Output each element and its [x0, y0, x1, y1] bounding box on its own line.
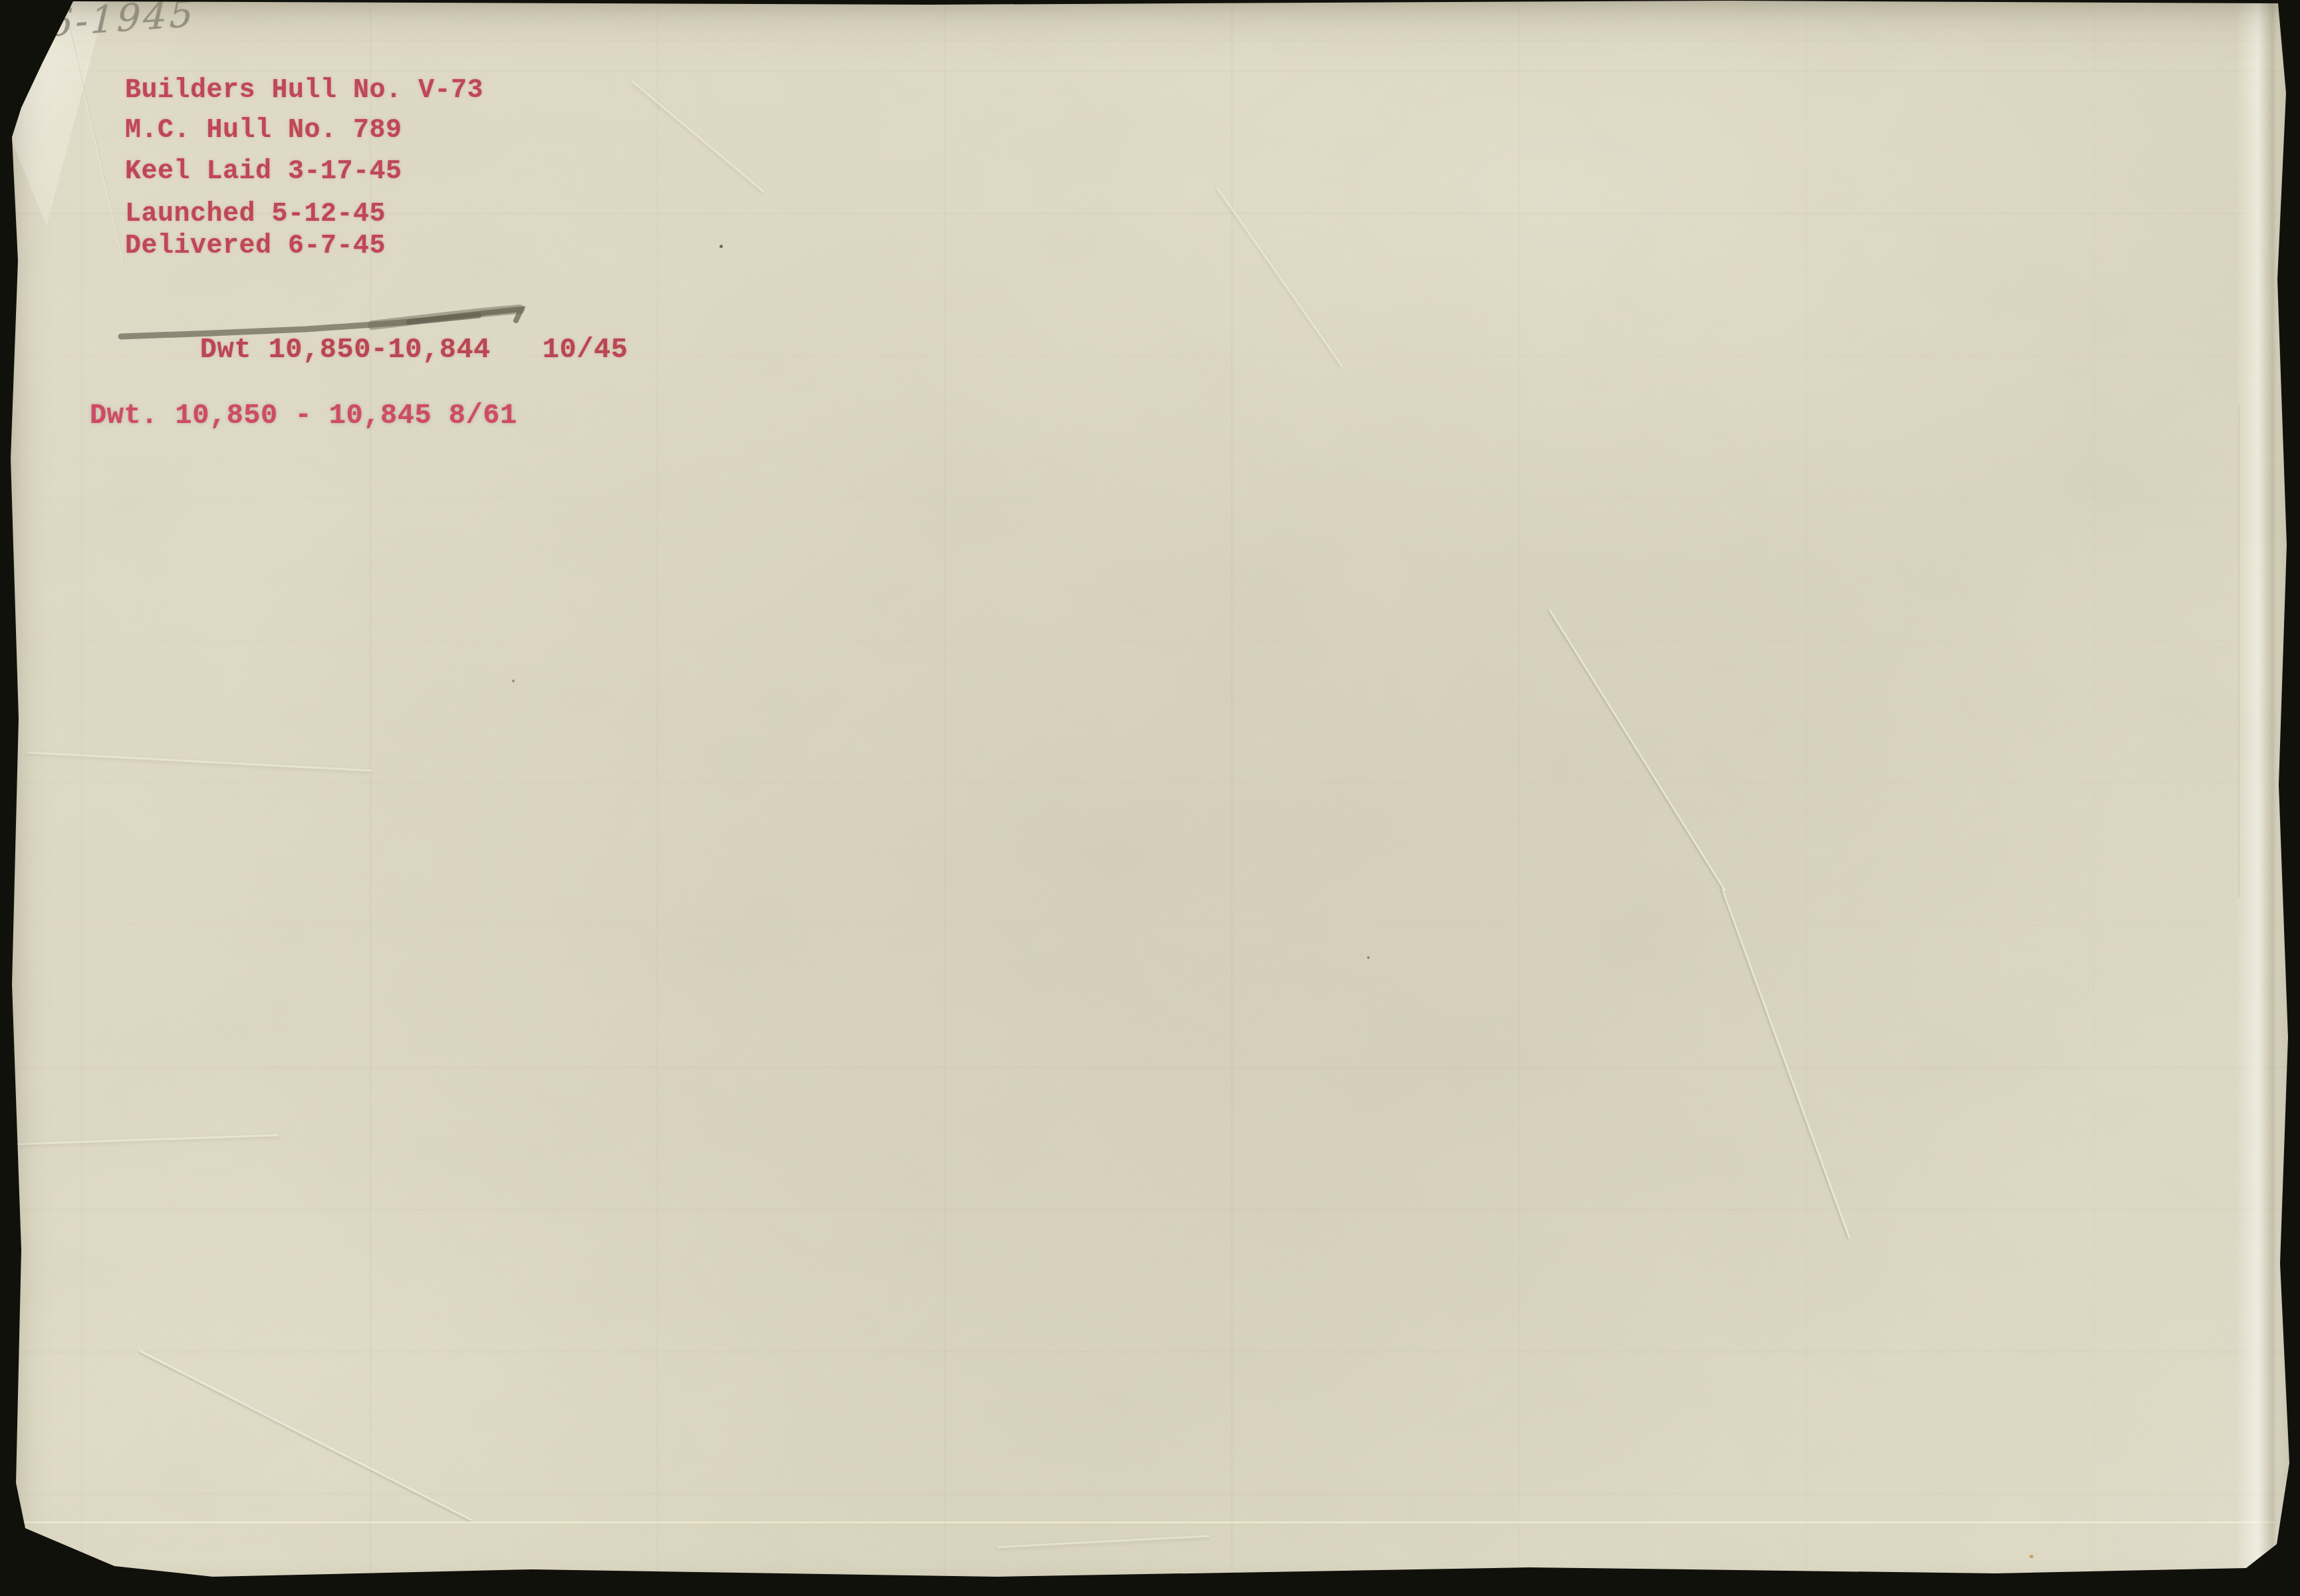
- paper-speck: [719, 245, 723, 248]
- typed-line-launched: Launched 5-12-45: [125, 201, 386, 228]
- paper-speck-orange: [2029, 1555, 2033, 1558]
- typed-line-keel-laid: Keel Laid 3-17-45: [125, 159, 402, 186]
- typed-line-delivered: Delivered 6-7-45: [125, 233, 386, 260]
- typed-line-mc-hull: M.C. Hull No. 789: [125, 118, 402, 144]
- paper-speck: [1367, 956, 1370, 959]
- paper-sheet: £6-1945 Builders Hull No. V-73 M.C. Hull…: [0, 0, 2300, 1596]
- paper-speck: [512, 680, 515, 682]
- revised-dwt-line: Dwt. 10,850 - 10,845 8/61: [90, 402, 517, 430]
- typed-line-builders-hull: Builders Hull No. V-73: [125, 78, 483, 104]
- pencil-strikethrough: [106, 293, 612, 366]
